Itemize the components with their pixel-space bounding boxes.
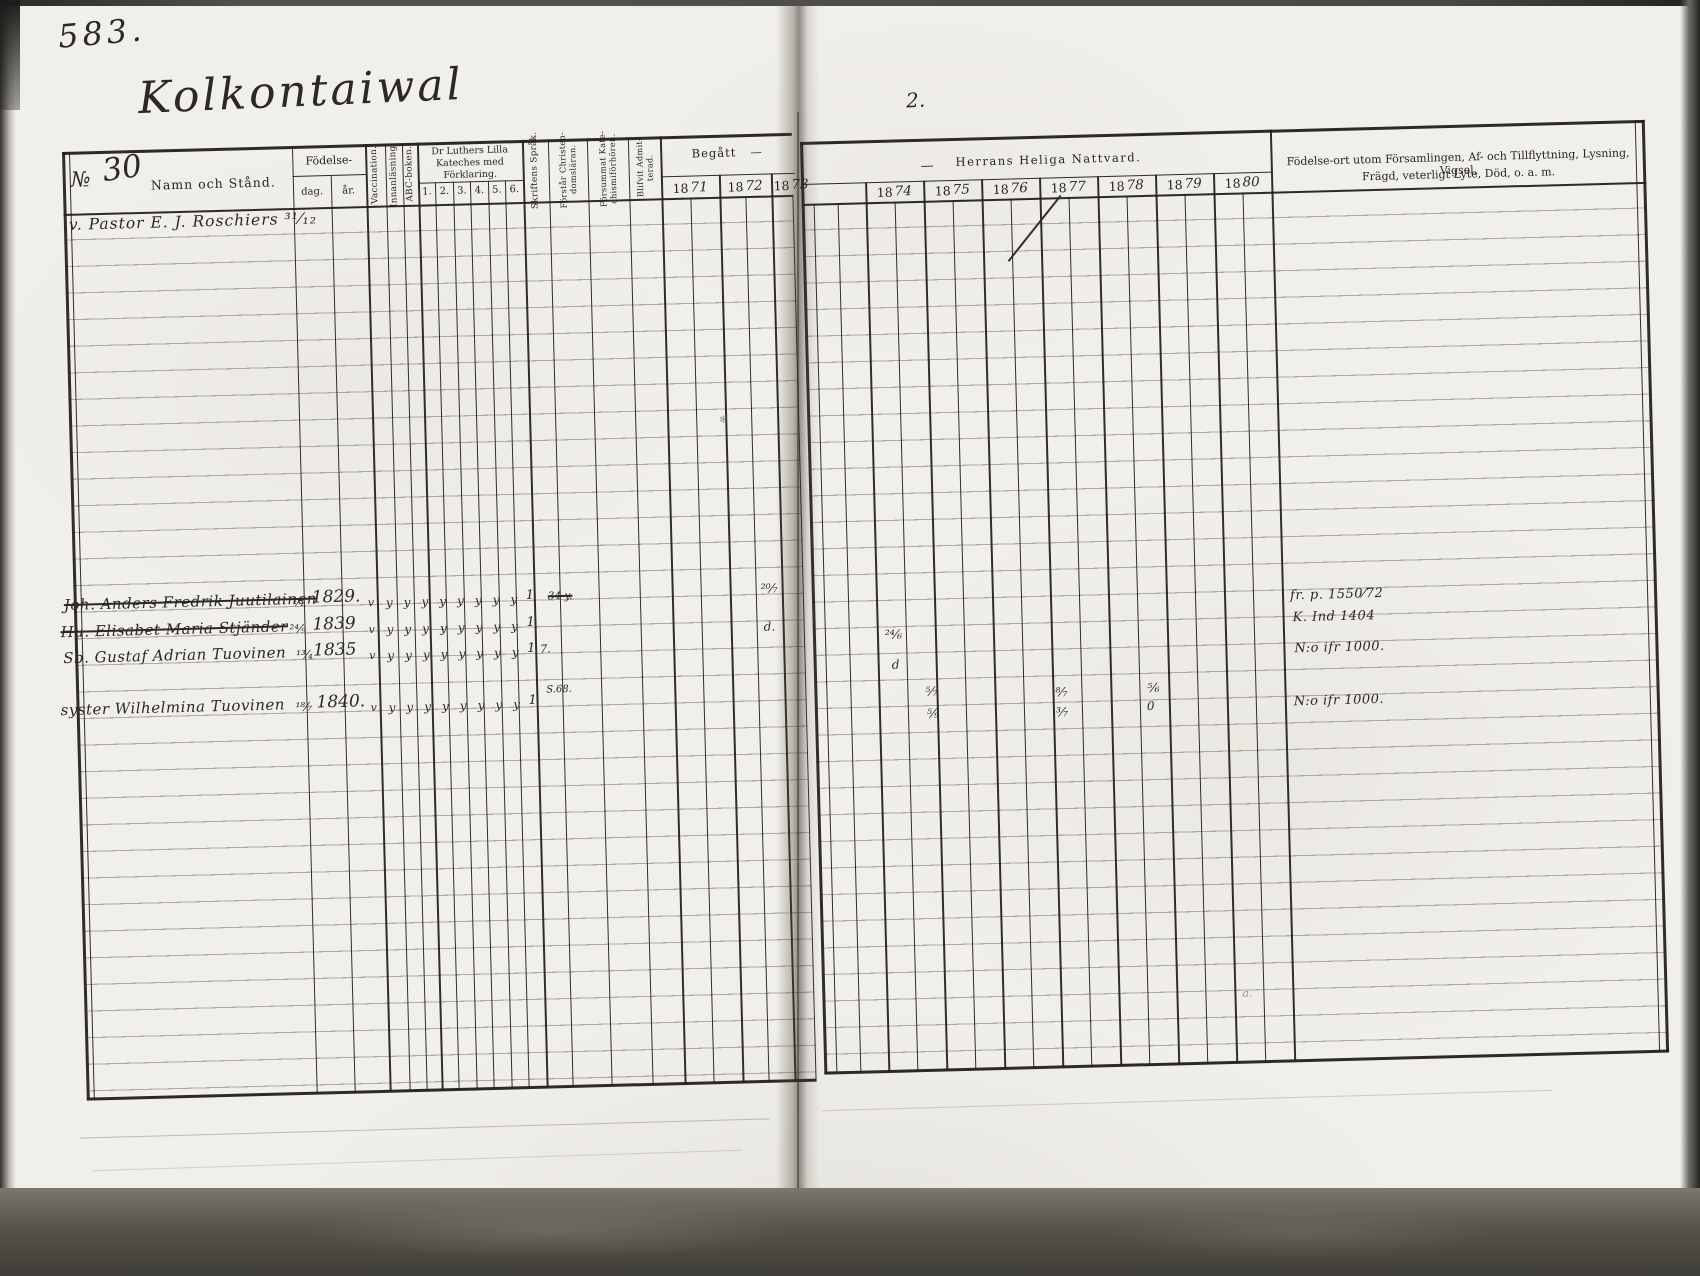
year-handwritten-digits: 77	[1068, 179, 1086, 195]
check-mark: y	[476, 646, 483, 660]
year-column-label: 1872	[719, 175, 772, 196]
check-mark: y	[406, 700, 413, 714]
communion-mark-1877: ⁸⁄₇	[1055, 684, 1067, 699]
check-mark: y	[421, 595, 428, 609]
check-mark: y	[477, 698, 484, 712]
catechism-subcolumn-number: 5.	[488, 184, 506, 195]
check-mark: y	[510, 592, 517, 606]
entry-language-mark: 1	[526, 615, 535, 630]
check-mark: y	[494, 646, 501, 660]
check-mark: y	[404, 595, 411, 609]
grid-line-horizontal	[800, 120, 1645, 145]
paper-smudge: ✻	[719, 415, 728, 426]
vertical-column-header-text: ABC-boken.	[405, 146, 416, 202]
stray-ink-mark: a.	[1242, 986, 1252, 999]
no-number: 30	[100, 148, 144, 189]
vertical-column-header: Innanläsning.	[385, 144, 404, 204]
vertical-column-header: Förstår Christen-domsläran.	[548, 139, 589, 200]
check-mark: y	[513, 697, 520, 711]
col-header-birth-group: Födelse-	[292, 153, 365, 168]
undersheet-line	[80, 1118, 770, 1138]
entry-birth-year: 1829.	[311, 586, 360, 607]
year-printed-prefix: 18	[1166, 177, 1182, 192]
row-ruling	[802, 182, 1669, 1072]
scan-edge-bottom-blotch	[1100, 1205, 1500, 1260]
notes-column-entry: N:o ifr 1000.	[1294, 639, 1385, 656]
scan-edge-right	[1680, 0, 1700, 1276]
catechism-subcolumn-number: 4.	[471, 185, 489, 196]
right-page-number: 2.	[905, 88, 925, 113]
year-handwritten-digits: 76	[1010, 180, 1028, 196]
entry-vaccination-mark: v	[368, 623, 375, 636]
page-title: Kolkontaiwal	[137, 59, 465, 124]
entry-margin-note: 34 y.	[548, 590, 573, 603]
year-column-label: 1876	[981, 178, 1040, 200]
vertical-column-header-text: terad.	[645, 154, 654, 181]
catechism-subcolumn-number: 1.	[418, 186, 436, 197]
no-sign: №	[70, 167, 90, 192]
entry-birth-day: ¹³⁄₄	[296, 648, 313, 662]
grid-line-horizontal	[293, 174, 366, 177]
entry-vaccination-mark: v	[368, 596, 375, 609]
year-column-label: 1871	[661, 177, 720, 199]
check-mark: y	[440, 647, 447, 661]
entry-birth-day: ¹⁄₁	[293, 595, 305, 609]
binding-gutter-line	[797, 112, 799, 1197]
entry-birth-year: 1835	[313, 639, 357, 660]
communion-mark-1877: ³⁄₇	[1056, 704, 1068, 719]
year-column-label: 1878	[1097, 175, 1156, 197]
check-mark: y	[492, 593, 499, 607]
check-mark: y	[404, 622, 411, 636]
year-column-label: 1874	[865, 181, 924, 203]
catechism-subcolumn-number: 3.	[453, 185, 471, 196]
vertical-column-header-text: Innanläsning.	[389, 142, 400, 207]
check-mark: y	[511, 619, 518, 633]
year-column-label: 1880	[1213, 172, 1272, 194]
year-printed-prefix: 18	[993, 181, 1009, 196]
year-handwritten-digits: 80	[1242, 174, 1260, 190]
col-header-communion-right: Herrans Heliga Nattvard.	[955, 150, 1141, 169]
year-handwritten-digits: 75	[952, 182, 970, 198]
check-mark: y	[386, 622, 393, 636]
check-mark: y	[424, 700, 431, 714]
year-handwritten-digits: 79	[1184, 175, 1202, 191]
entry-birth-year: 1840.	[316, 691, 365, 712]
communion-mark-1879: 0	[1147, 699, 1155, 713]
communion-mark-1874: d	[892, 658, 900, 672]
vertical-column-header-text: Blifvit Admit-	[635, 138, 645, 197]
vertical-column-header: Försummat Kate-chismiförhören.	[587, 138, 630, 199]
year-printed-prefix: 18	[672, 180, 688, 195]
undersheet-line	[92, 1150, 742, 1171]
year-printed-prefix: 18	[1109, 178, 1125, 193]
col-header-name: Namn och Stånd.	[151, 174, 276, 192]
year-column-label: 1879	[1155, 173, 1214, 195]
year-printed-prefix: 18	[935, 183, 951, 198]
entry-margin-note: S.68.	[546, 684, 572, 696]
year-printed-prefix: 18	[877, 184, 893, 199]
year-handwritten-digits: 71	[690, 179, 708, 195]
scan-edge-left	[0, 0, 16, 1276]
check-mark: y	[442, 699, 449, 713]
check-mark: y	[495, 698, 502, 712]
catechism-subcolumn-number: 6.	[506, 184, 524, 195]
check-mark: y	[423, 648, 430, 662]
check-mark: y	[458, 647, 465, 661]
left-page-table: № 30 Namn och Stånd. Födelse- dag. år. D…	[62, 133, 817, 1112]
year-column-label: 1877	[1039, 176, 1098, 198]
year-printed-prefix: 18	[1224, 175, 1240, 190]
year-printed-prefix: 18	[1051, 180, 1067, 195]
communion-mark-1873: d.	[763, 619, 775, 633]
scan-edge-top	[0, 0, 1700, 6]
col-header-communion-left: Begått —	[660, 144, 794, 162]
communion-mark-1875: ⁵⁄₇	[925, 684, 937, 699]
entry-vaccination-mark: v	[369, 649, 376, 662]
vertical-column-header: ABC-boken.	[402, 144, 419, 204]
check-mark: y	[512, 645, 519, 659]
entry-language-mark: 1	[527, 641, 536, 656]
check-mark: y	[475, 620, 482, 634]
year-column-label: 1875	[923, 179, 982, 201]
entry-language-mark: 1	[528, 693, 537, 708]
communion-dash: —	[920, 159, 933, 174]
check-mark: y	[387, 648, 394, 662]
col-header-birth-day: dag.	[293, 186, 331, 198]
check-mark: y	[457, 594, 464, 608]
catechism-subcolumn-number: 2.	[436, 186, 454, 197]
scan-corner-topleft	[0, 0, 20, 110]
check-mark: y	[460, 699, 467, 713]
check-mark: y	[439, 594, 446, 608]
entry-birth-year: 1839	[312, 613, 356, 634]
year-handwritten-digits: 72	[745, 178, 763, 194]
vertical-column-header: Blifvit Admit-terad.	[628, 137, 662, 198]
vertical-column-header-text: domsläran.	[568, 145, 578, 195]
check-mark: y	[422, 622, 429, 636]
notes-column-entry: fr. p. 1550⁄72	[1290, 586, 1384, 603]
entry-birth-day: ¹⁸⁄₇	[295, 700, 312, 714]
year-printed-prefix: 18	[727, 179, 743, 194]
year-handwritten-digits: 74	[894, 183, 912, 199]
notes-column-entry: K. Ind 1404	[1292, 608, 1375, 625]
col-header-birth-year: år.	[331, 185, 366, 197]
check-mark: y	[386, 596, 393, 610]
communion-mark-1879: ⁵⁄₆	[1147, 680, 1159, 695]
vertical-column-header-text: Skriftens Språk.	[530, 132, 541, 210]
communion-mark-1875: ⁵⁄₉	[927, 706, 939, 721]
check-mark: y	[440, 621, 447, 635]
vertical-column-header-text: chismiförhören.	[608, 133, 618, 203]
scanned-ledger-spread: 583. Kolkontaiwal 2. № 30 Namn och Stånd…	[0, 0, 1700, 1276]
check-mark: y	[405, 648, 412, 662]
right-page-table: — Herrans Heliga Nattvard. Födelse-ort u…	[800, 120, 1670, 1102]
notes-column-entry: N:o ifr 1000.	[1294, 692, 1385, 709]
folio-number: 583.	[57, 10, 147, 55]
check-mark: y	[475, 593, 482, 607]
check-mark: y	[458, 621, 465, 635]
vertical-column-header-text: Vaccination.	[370, 146, 381, 204]
entry-language-mark: 1	[526, 588, 535, 603]
check-mark: y	[493, 620, 500, 634]
vertical-column-header: Skriftens Språk.	[522, 140, 550, 201]
communion-mark-1874: ²⁴⁄₆	[885, 627, 903, 642]
check-mark: y	[388, 700, 395, 714]
entry-birth-day: ²⁴⁄₉	[289, 622, 306, 636]
year-handwritten-digits: 78	[1126, 177, 1144, 193]
vertical-column-header: Vaccination.	[365, 145, 387, 206]
scan-edge-bottom-blotch	[300, 1200, 800, 1260]
entry-margin-note: 7.	[540, 642, 551, 655]
entry-vaccination-mark: v	[370, 701, 377, 714]
